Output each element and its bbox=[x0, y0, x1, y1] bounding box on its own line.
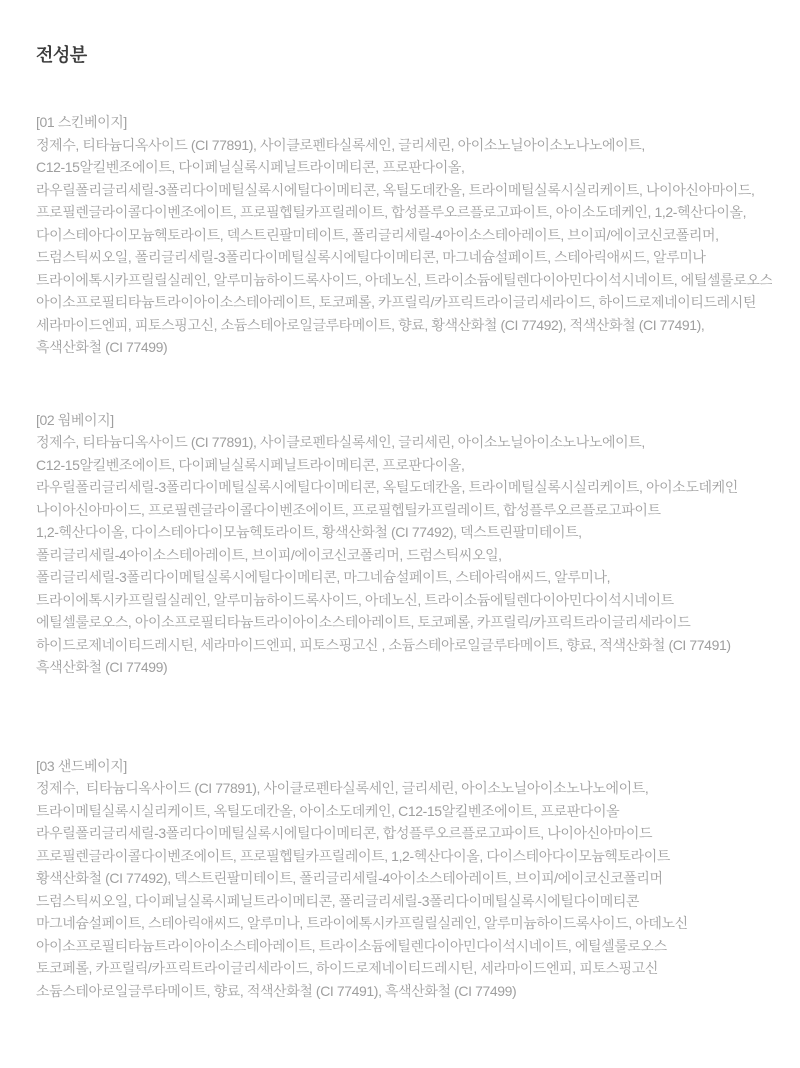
ingredient-line: 드럼스틱씨오일, 폴리글리세릴-3폴리다이메틸실록시에틸다이메티콘, 마그네슘설… bbox=[36, 246, 772, 269]
section-warm-beige: [02 웜베이지] 정제수, 티타늄디옥사이드 (CI 77891), 사이클로… bbox=[36, 409, 772, 679]
ingredient-line: 트라이에톡시카프릴릴실레인, 알루미늄하이드록사이드, 아데노신, 트라이소듐에… bbox=[36, 589, 772, 612]
ingredient-line: 정제수, 티타늄디옥사이드 (CI 77891), 사이클로펜타실록세인, 글리… bbox=[36, 777, 772, 800]
ingredient-line: 황색산화철 (CI 77492), 덱스트린팔미테이트, 폴리글리세릴-4아이소… bbox=[36, 867, 772, 890]
ingredient-line: 토코페롤, 카프릴릭/카프릭트라이글리세라이드, 하이드로제네이티드레시틴, 세… bbox=[36, 957, 772, 980]
ingredient-line: 하이드로제네이티드레시틴, 세라마이드엔피, 피토스핑고신 , 소듐스테아로일글… bbox=[36, 634, 772, 657]
ingredient-line: 소듐스테아로일글루타메이트, 향료, 적색산화철 (CI 77491), 흑색산… bbox=[36, 980, 772, 1003]
ingredient-line: C12-15알킬벤조에이트, 다이페닐실록시페닐트라이메티콘, 프로판다이올, bbox=[36, 156, 772, 179]
ingredient-line: 드럼스틱씨오일, 다이페닐실록시페닐트라이메티콘, 폴리글리세릴-3폴리다이메틸… bbox=[36, 890, 772, 913]
ingredient-line: 에틸셀룰로오스, 아이소프로필티타늄트라이아이소스테아레이트, 토코페롤, 카프… bbox=[36, 611, 772, 634]
ingredients-page: 전성분 [01 스킨베이지] 정제수, 티타늄디옥사이드 (CI 77891),… bbox=[0, 0, 800, 1068]
ingredient-line: 트라이에톡시카프릴릴실레인, 알루미늄하이드록사이드, 아데노신, 트라이소듐에… bbox=[36, 269, 772, 292]
ingredient-line: 나이아신아마이드, 프로필렌글라이콜다이벤조에이트, 프로필헵틸카프릴레이트, … bbox=[36, 499, 772, 522]
ingredient-line: 다이스테아다이모늄헥토라이트, 덱스트린팔미테이트, 폴리글리세릴-4아이소스테… bbox=[36, 224, 772, 247]
ingredient-line: 정제수, 티타늄디옥사이드 (CI 77891), 사이클로펜타실록세인, 글리… bbox=[36, 431, 772, 454]
section-heading: [03 샌드베이지] bbox=[36, 755, 772, 778]
ingredient-line: 흑색산화철 (CI 77499) bbox=[36, 656, 772, 679]
ingredient-line: 1,2-헥산다이올, 다이스테아다이모늄헥토라이트, 황색산화철 (CI 774… bbox=[36, 521, 772, 544]
ingredient-line: 정제수, 티타늄디옥사이드 (CI 77891), 사이클로펜타실록세인, 글리… bbox=[36, 134, 772, 157]
section-heading: [02 웜베이지] bbox=[36, 409, 772, 432]
section-skin-beige: [01 스킨베이지] 정제수, 티타늄디옥사이드 (CI 77891), 사이클… bbox=[36, 111, 772, 359]
ingredient-line: 트라이메틸실록시실리케이트, 옥틸도데칸올, 아이소도데케인, C12-15알킬… bbox=[36, 800, 772, 823]
ingredient-line: 아이소프로필티타늄트라이아이소스테아레이트, 트라이소듐에틸렌다이아민다이석시네… bbox=[36, 935, 772, 958]
ingredient-line: 프로필렌글라이콜다이벤조에이트, 프로필헵틸카프릴레이트, 합성플루오르플로고파… bbox=[36, 201, 772, 224]
ingredient-line: 라우릴폴리글리세릴-3폴리다이메틸실록시에틸다이메티콘, 합성플루오르플로고파이… bbox=[36, 822, 772, 845]
ingredient-line: 세라마이드엔피, 피토스핑고신, 소듐스테아로일글루타메이트, 향료, 황색산화… bbox=[36, 314, 772, 337]
ingredient-line: 라우릴폴리글리세릴-3폴리다이메틸실록시에틸다이메티콘, 옥틸도데칸올, 트라이… bbox=[36, 179, 772, 202]
ingredient-line: 아이소프로필티타늄트라이아이소스테아레이트, 토코페롤, 카프릴릭/카프릭트라이… bbox=[36, 291, 772, 314]
ingredient-line: C12-15알킬벤조에이트, 다이페닐실록시페닐트라이메티콘, 프로판다이올, bbox=[36, 454, 772, 477]
ingredient-line: 흑색산화철 (CI 77499) bbox=[36, 336, 772, 359]
page-title: 전성분 bbox=[36, 44, 772, 66]
ingredient-line: 마그네슘설페이트, 스테아릭애씨드, 알루미나, 트라이에톡시카프릴릴실레인, … bbox=[36, 912, 772, 935]
ingredient-line: 폴리글리세릴-3폴리다이메틸실록시에틸다이메티콘, 마그네슘설페이트, 스테아릭… bbox=[36, 566, 772, 589]
ingredient-line: 라우릴폴리글리세릴-3폴리다이메틸실록시에틸다이메티콘, 옥틸도데칸올, 트라이… bbox=[36, 476, 772, 499]
ingredient-line: 프로필렌글라이콜다이벤조에이트, 프로필헵틸카프릴레이트, 1,2-헥산다이올,… bbox=[36, 845, 772, 868]
section-sand-beige: [03 샌드베이지] 정제수, 티타늄디옥사이드 (CI 77891), 사이클… bbox=[36, 755, 772, 1003]
ingredient-line: 폴리글리세릴-4아이소스테아레이트, 브이피/에이코신코폴리머, 드럼스틱씨오일… bbox=[36, 544, 772, 567]
section-heading: [01 스킨베이지] bbox=[36, 111, 772, 134]
